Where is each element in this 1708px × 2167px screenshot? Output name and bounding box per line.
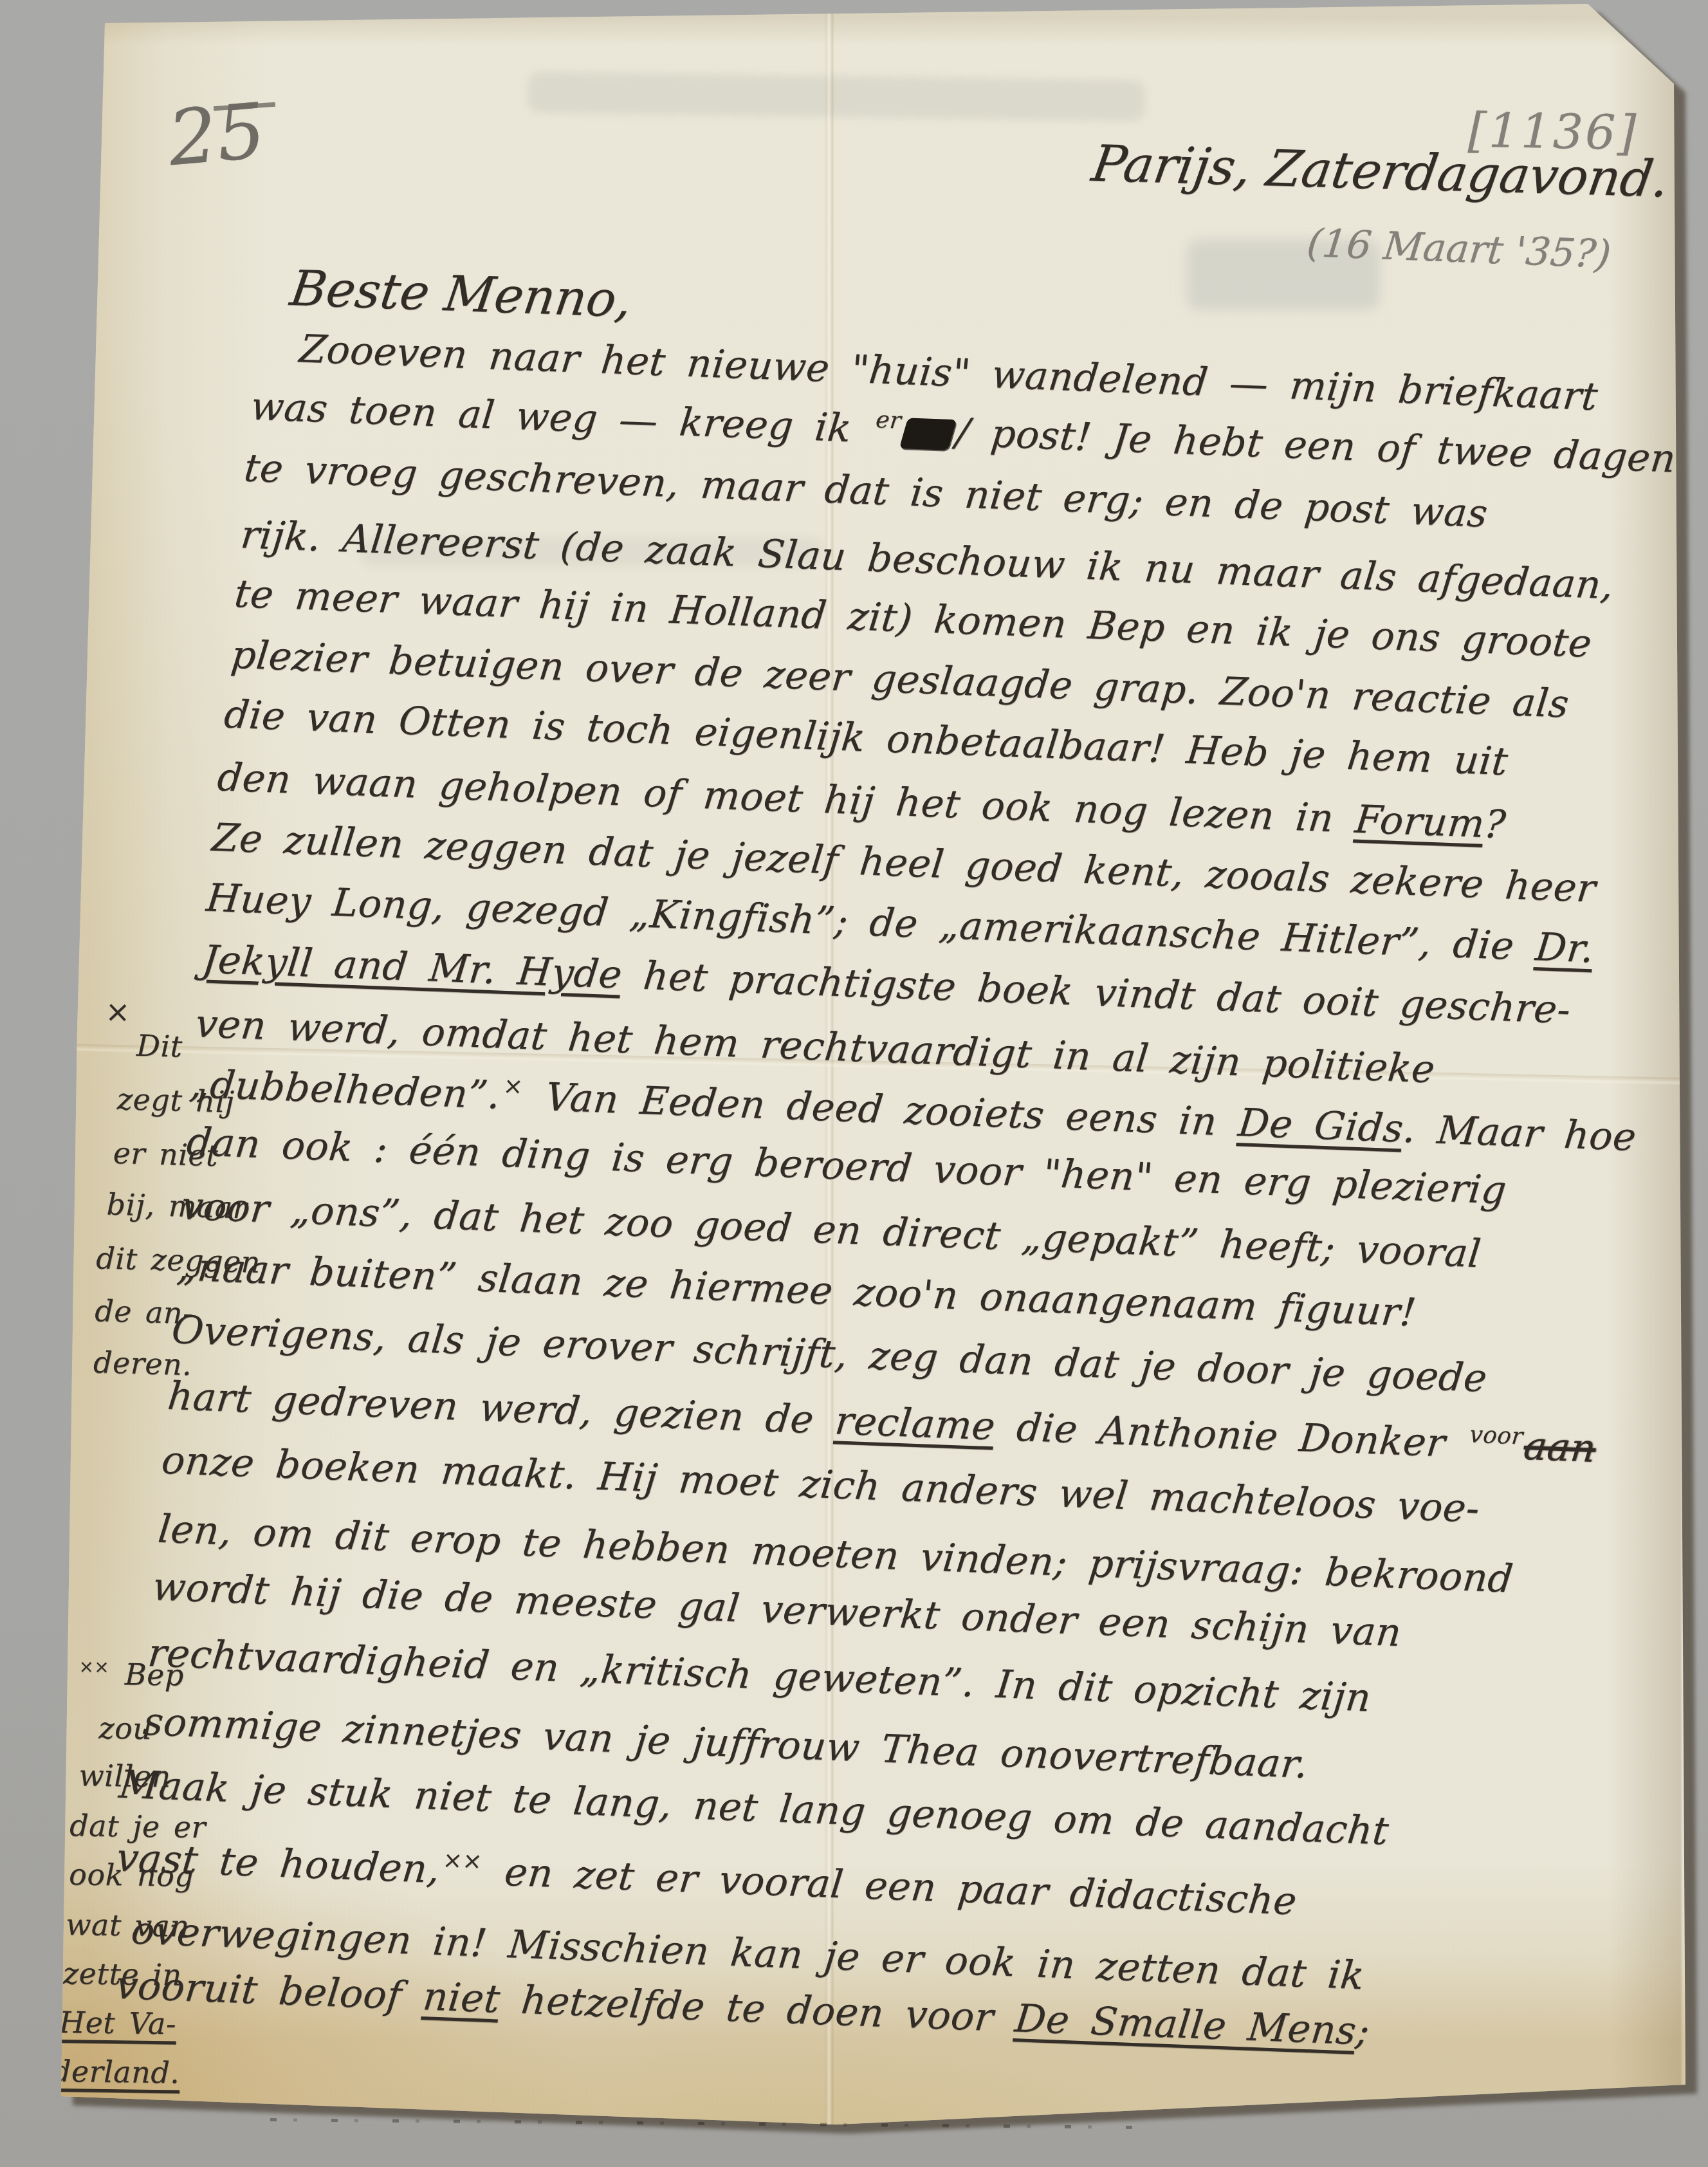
text-segment: / post! Je hebt een of twee dagen (954, 410, 1678, 481)
text-segment: . Maar hoe (1401, 1107, 1639, 1160)
margin-note-line: × (105, 996, 131, 1026)
text-segment: De Gids (1236, 1100, 1406, 1151)
pencil-page-number: 25 (165, 86, 269, 183)
text-segment: wat van (66, 1907, 190, 1944)
text-segment: er niet (113, 1136, 219, 1173)
text-segment: deren. (93, 1345, 193, 1382)
text-segment: De Smalle Mens (1013, 1996, 1359, 2053)
margin-note-line: derland. (52, 2056, 180, 2088)
margin-note-line: Het Va- (59, 2007, 177, 2039)
margin-note-line: dit zeggen (96, 1243, 261, 1277)
margin-note-line: bij, maar (106, 1190, 248, 1223)
text-segment: × (502, 1074, 524, 1098)
text-segment: × (105, 993, 131, 1029)
text-segment: Forum (1353, 797, 1487, 847)
margin-note-line: de an- (95, 1296, 194, 1328)
text-segment: dit zeggen (96, 1240, 261, 1280)
text-segment: dat je er (69, 1808, 207, 1845)
text-segment: ×× (441, 1849, 483, 1874)
text-segment: Jekyll and Mr. Hyde (200, 937, 625, 997)
text-segment: bij, maar (106, 1187, 248, 1226)
text-segment: Dit (136, 1028, 183, 1064)
text-segment: zette in (63, 1956, 182, 1993)
margin-note-line: ×× Bep (77, 1659, 184, 1690)
margin-note-2: ×× Bepzouwillendat je erook nogwat vanze… (58, 1659, 257, 2112)
salutation: Beste Menno, (287, 259, 636, 328)
text-segment: was toen al weg — kreeg ik (248, 384, 875, 452)
text-segment: er (875, 409, 903, 432)
text-segment: willen (78, 1758, 171, 1794)
text-segment: Het Va- (59, 2005, 177, 2042)
text-segment: zou (98, 1711, 152, 1746)
text-segment: niet (421, 1974, 502, 2022)
text-segment: Bep (111, 1657, 184, 1693)
text-segment: zegt hij (116, 1082, 235, 1120)
margin-note-line: willen (78, 1760, 171, 1791)
margin-note-line: Dit (136, 1031, 183, 1062)
letter-body: Zooeven naar het nieuwe "huis" wandelend… (39, 322, 1703, 2108)
bleedthrough-smudge (528, 71, 1146, 121)
margin-note-1: ×Ditzegt hijer nietbij, maardit zeggende… (90, 996, 293, 1400)
margin-note-line: dat je er (69, 1811, 206, 1842)
text-segment: die Anthonie Donker (993, 1405, 1469, 1467)
text-segment: derland. (52, 2054, 180, 2090)
text-segment: Van Eeden deed zooiets eens in (522, 1074, 1241, 1145)
margin-note-line: wat van (66, 1910, 190, 1941)
text-segment: Dr. (1533, 925, 1596, 972)
text-segment: voor (1469, 1423, 1525, 1448)
scan-background: 25 [1136] Parijs, Zaterdagavond. (16 Maa… (0, 0, 1708, 2167)
margin-note-line: er niet (113, 1138, 219, 1170)
ink-blot-correction (899, 418, 957, 450)
text-segment: ? (1482, 802, 1508, 847)
margin-note-line: zegt hij (116, 1084, 235, 1117)
letter-paper: 25 [1136] Parijs, Zaterdagavond. (16 Maa… (0, 0, 1708, 2167)
text-segment: reclame (833, 1398, 998, 1449)
margin-note-line: zou (98, 1713, 152, 1744)
text-segment: ×× (79, 1657, 110, 1675)
margin-note-line: deren. (93, 1347, 192, 1379)
text-segment: hetzelfde te doen voor (497, 1977, 1017, 2041)
paper-shadow-wrap: 25 [1136] Parijs, Zaterdagavond. (16 Maa… (0, 0, 1708, 2167)
margin-note-line: zette in (63, 1959, 182, 1990)
text-segment: de an- (95, 1293, 194, 1331)
text-segment: ook nog (69, 1857, 194, 1894)
text-segment: aan (1521, 1424, 1598, 1471)
text-segment: en zet er vooral een paar didactische (481, 1849, 1299, 1924)
letter-line: vast te houden,×× en zet er vooral een p… (115, 1838, 1299, 1921)
margin-note-line: ook nog (69, 1859, 194, 1891)
